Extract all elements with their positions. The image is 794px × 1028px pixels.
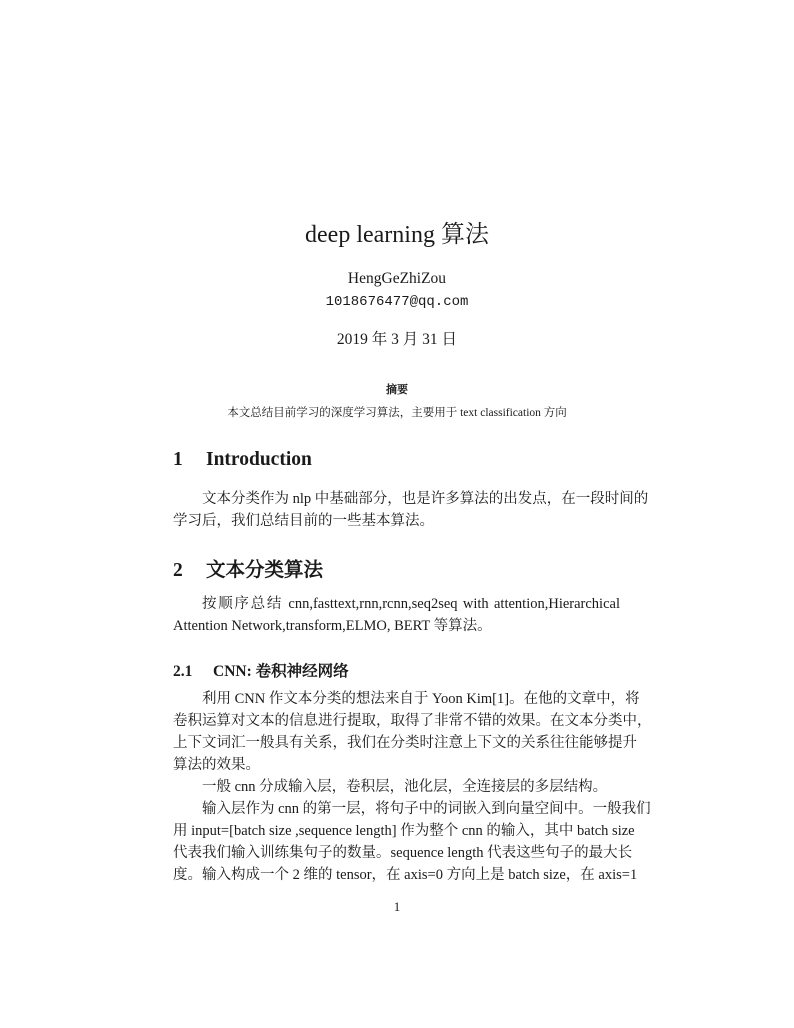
paragraph-line: 一般 cnn 分成输入层，卷积层，池化层，全连接层的多层结构。 (202, 777, 620, 797)
section-heading-introduction: 1Introduction (173, 449, 312, 471)
paragraph-line: 用 input=[batch size ,sequence length] 作为… (173, 821, 620, 841)
document-date: 2019 年 3 月 31 日 (0, 327, 794, 349)
paragraph-line: 文本分类作为 nlp 中基础部分，也是许多算法的出发点，在一段时间的 (202, 489, 620, 509)
document-page: deep learning 算法 HengGeZhiZou 1018676477… (0, 0, 794, 1028)
section-title: 文本分类算法 (206, 560, 323, 581)
subsection-title: CNN: 卷积神经网络 (213, 663, 349, 680)
paragraph-line: 学习后，我们总结目前的一些基本算法。 (173, 511, 620, 531)
abstract-heading: 摘要 (0, 381, 794, 397)
section-heading-text-classification: 2文本分类算法 (173, 554, 323, 582)
section-number: 1 (173, 449, 206, 471)
paragraph-line: 按顺序总结 cnn,fasttext,rnn,rcnn,seq2seq with… (202, 594, 620, 614)
paragraph-line: 代表我们输入训练集句子的数量。sequence length 代表这些句子的最大… (173, 843, 620, 863)
paragraph-line: Attention Network,transform,ELMO, BERT 等… (173, 616, 620, 636)
subsection-number: 2.1 (173, 663, 213, 681)
paragraph-line: 算法的效果。 (173, 755, 620, 775)
paragraph-line: 输入层作为 cnn 的第一层，将句子中的词嵌入到向量空间中。一般我们 (202, 799, 620, 819)
subsection-heading-cnn: 2.1CNN: 卷积神经网络 (173, 659, 349, 681)
paragraph-line: 度。输入构成一个 2 维的 tensor，在 axis=0 方向上是 batch… (173, 865, 620, 885)
paragraph-line: 上下文词汇一般具有关系，我们在分类时注意上下文的关系往往能够提升 (173, 733, 620, 753)
paragraph-line: 卷积运算对文本的信息进行提取，取得了非常不错的效果。在文本分类中， (173, 711, 620, 731)
page-number: 1 (0, 899, 794, 915)
author-email: 1018676477@qq.com (0, 294, 794, 310)
document-title: deep learning 算法 (0, 214, 794, 249)
abstract-text: 本文总结目前学习的深度学习算法，主要用于 text classification… (0, 404, 794, 420)
section-title: Introduction (206, 449, 312, 470)
paragraph-line: 利用 CNN 作文本分类的想法来自于 Yoon Kim[1]。在他的文章中，将 (202, 689, 620, 709)
section-number: 2 (173, 560, 206, 582)
author-name: HengGeZhiZou (0, 270, 794, 288)
